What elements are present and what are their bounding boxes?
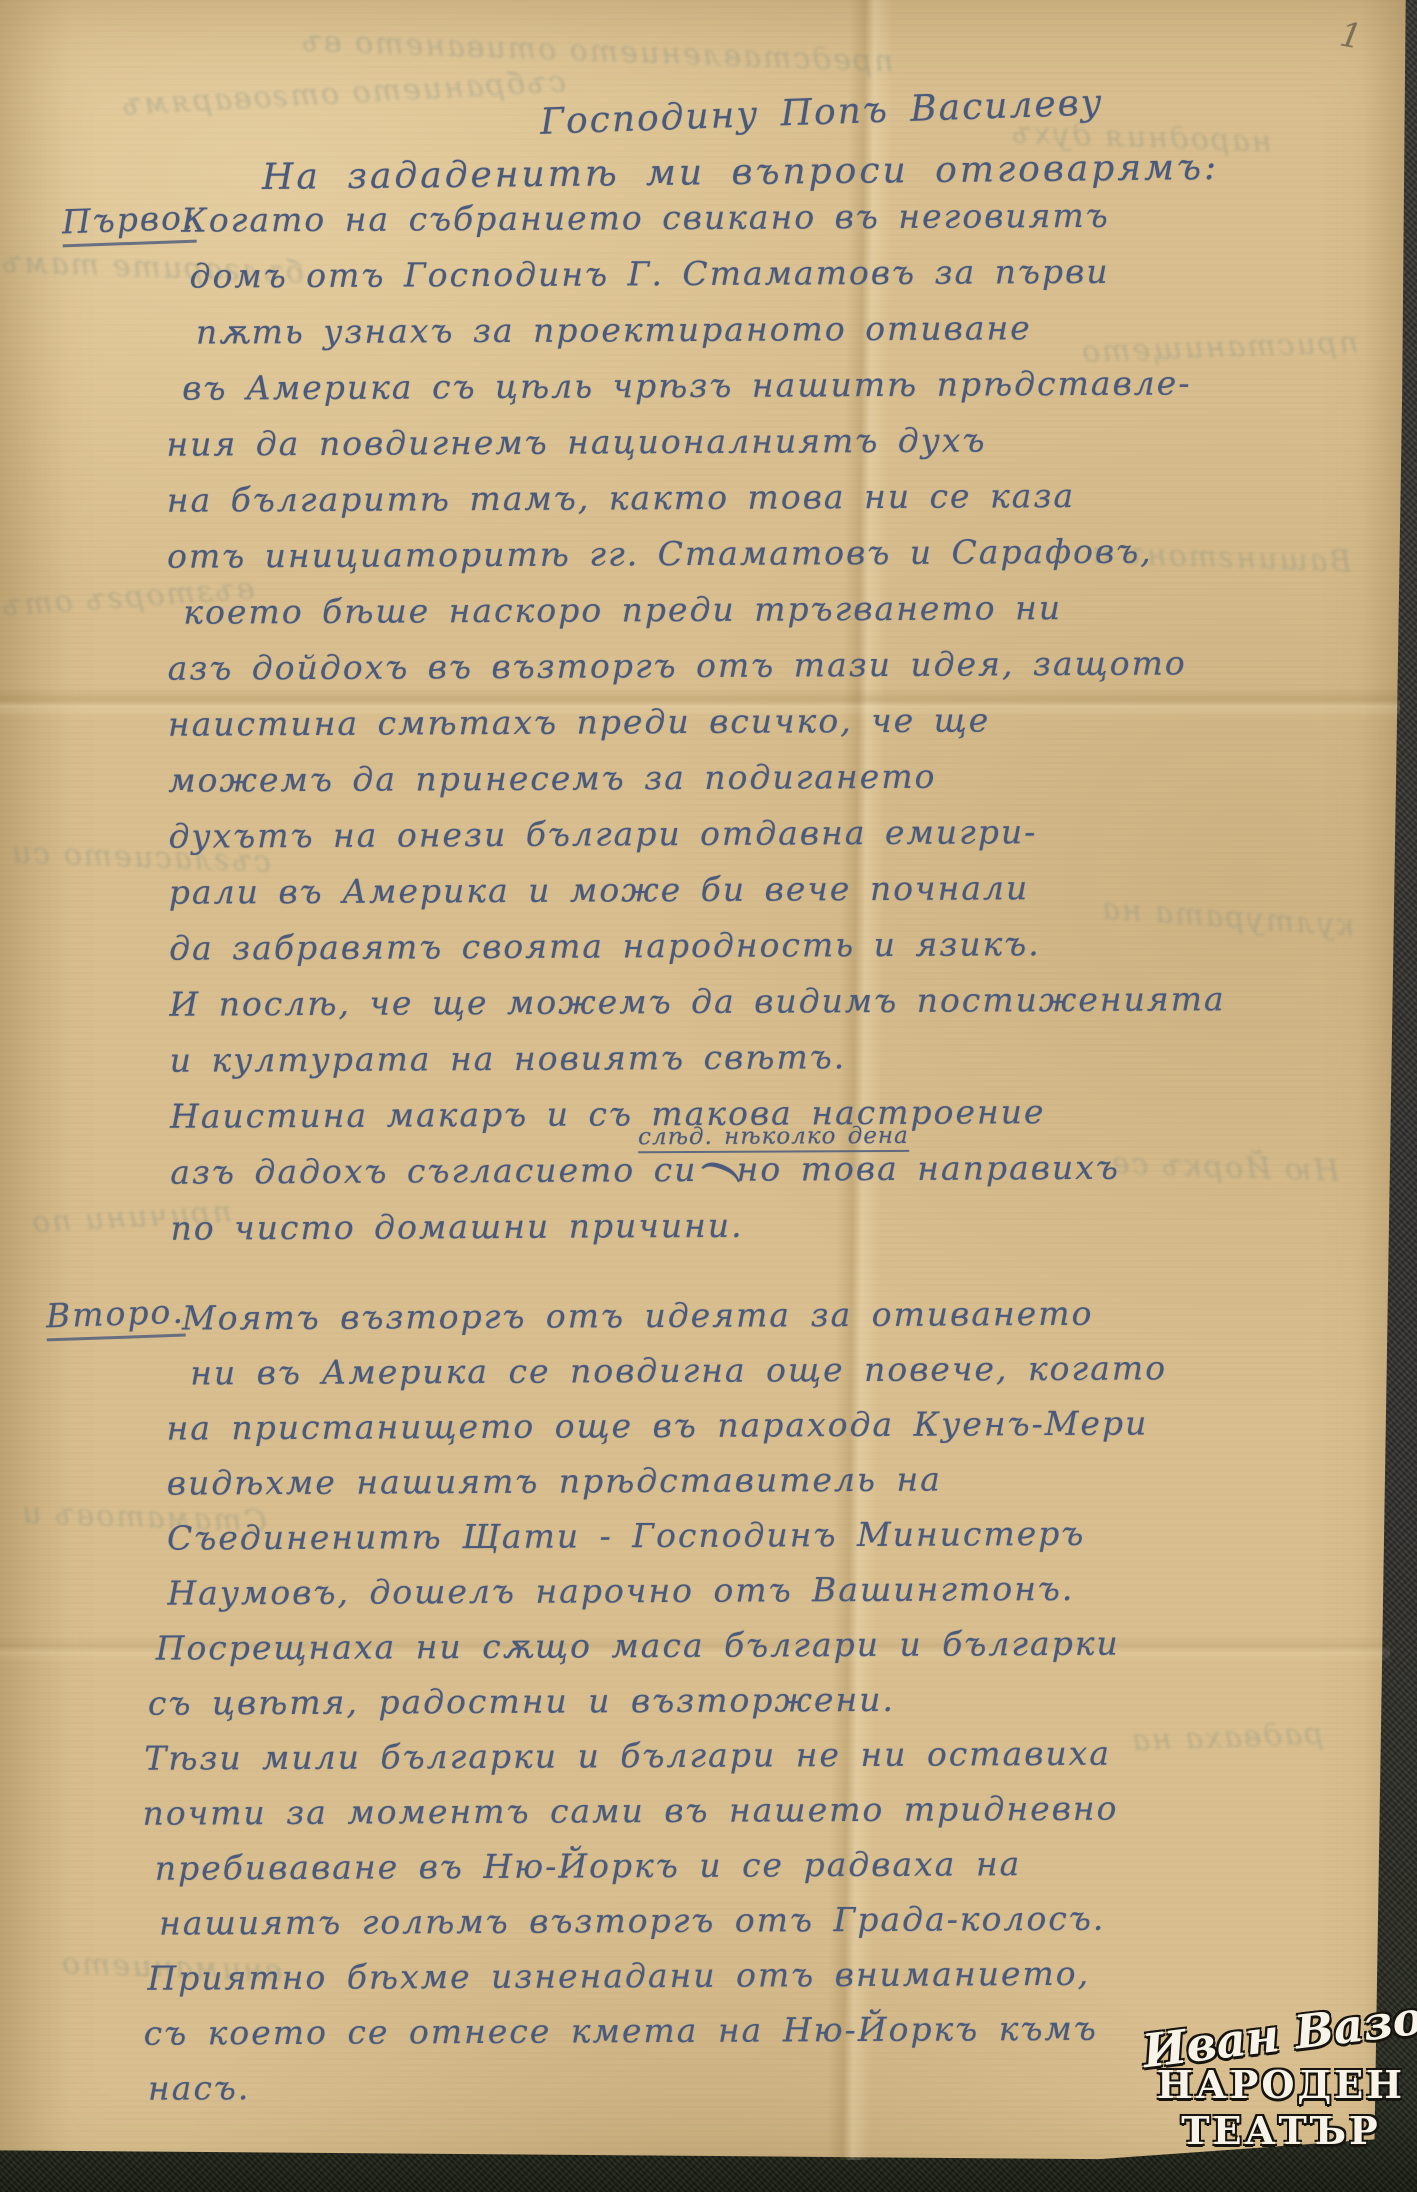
section-two-margin-label: Второ. [45,1292,185,1342]
handwritten-line: на пристанището още въ парахода Куенъ-Ме… [166,1403,1167,1463]
handwritten-line: видѣхме нашиятъ прѣдставитель на [167,1458,1168,1518]
line-text-before-caret: азъ дадохъ съгласието си [170,1150,697,1192]
handwritten-line: пѫть узнахъ за проектираното отиване [196,307,1223,368]
interlinear-insertion-text: слѣд. нѣколко дена [638,1123,909,1153]
handwritten-line: Наумовъ, дошелъ нарочно отъ Вашингтонъ. [167,1568,1168,1628]
handwritten-line: съ цвѣтя, радостни и възторжени. [148,1678,1169,1738]
ivan-vazov-national-theatre-watermark: Иван Вазов НАРОДЕН ТЕАТЪР [1150,2008,1412,2154]
handwritten-line: можемъ да принесемъ за подигането [168,755,1225,817]
handwritten-line: въ Америка съ цѣль чрѣзъ нашитѣ прѣдстав… [182,363,1223,424]
handwritten-line: наистина смѣтахъ преди всичко, че ще [168,699,1225,761]
handwritten-line: духътъ на онези българи отдавна емигри- [168,811,1225,873]
handwritten-line: пребиваване въ Ню-Йоркъ и се радваха на [155,1843,1170,1903]
handwritten-line: ни въ Америка се повдигна още повече, ко… [190,1348,1167,1408]
handwritten-line: рали въ Америка и може би вече почнали [169,867,1226,929]
handwritten-line: насъ. [148,2063,1171,2123]
handwritten-line: по чисто домашни причини. [170,1203,1227,1265]
handwritten-line: Когато на събранието свикано въ неговият… [181,195,1222,256]
handwritten-line: и културата на новиятъ свѣтъ. [170,1035,1227,1097]
handwritten-line: Тѣзи мили българки и българи не ни остав… [144,1733,1169,1793]
photographed-letter-scene: представлението отиването въ събранието … [0,0,1417,2192]
handwritten-line: домъ отъ Господинъ Г. Стаматовъ за първи [190,251,1223,312]
handwritten-line: ния да повдигнемъ националниятъ духъ [166,419,1223,481]
handwritten-line: Моятъ възторгъ отъ идеята за отиването [182,1293,1167,1353]
handwritten-line: азъ дойдохъ въ възторгъ отъ тази идея, з… [168,643,1225,705]
handwritten-line: на българитѣ тамъ, както това ни се каза [167,475,1224,537]
handwritten-line: което бѣше наскоро преди тръгването ни [183,587,1224,648]
handwritten-line: да забравятъ своята народность и язикъ. [169,923,1226,985]
section-two-paragraph: Моятъ възторгъ отъ идеята за отиването н… [166,1293,1171,2123]
handwritten-line-with-insertion: азъ дадохъ съгласието си(но това направи… [170,1147,1227,1209]
handwritten-line: нашиятъ голѣмъ възторгъ отъ Града-колосъ… [159,1898,1170,1958]
insertion-caret-mark: ( [720,1162,723,1181]
handwritten-line: Приятно бѣхме изненадани отъ вниманието, [147,1953,1170,2013]
handwritten-line: съ което се отнесе кмета на Ню-Йоркъ към… [144,2008,1171,2068]
handwritten-line: отъ инициаторитѣ гг. Стаматовъ и Сарафов… [167,531,1224,593]
handwritten-line: Съединенитѣ Щати - Господинъ Министеръ [167,1513,1168,1573]
line-text-after-caret: но това направихъ [736,1148,1119,1189]
section-one-paragraph: Когато на събранието свикано въ неговият… [165,195,1227,1265]
watermark-word-teatar: ТЕАТЪР [1150,2108,1412,2154]
handwritten-line: И послѣ, че ще можемъ да видимъ постижен… [169,979,1226,1041]
handwritten-line: Посрещнаха ни сѫщо маса българи и българ… [156,1623,1169,1683]
handwritten-line: почти за моментъ сами въ нашето тридневн… [142,1788,1169,1848]
